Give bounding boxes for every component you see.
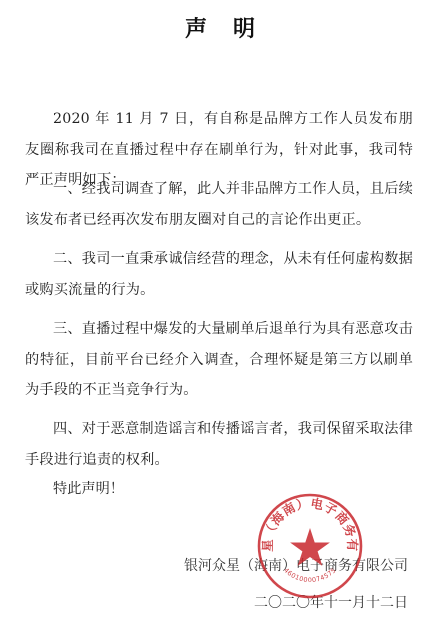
company-seal: 银河众星（海南）电子商务有限公司 4601000074575: [256, 492, 364, 600]
point-one-paragraph: 一、经我司调查了解，此人并非品牌方工作人员，且后续该发布者已经再次发布朋友圈对自…: [25, 174, 413, 235]
point-four-paragraph: 四、对于恶意制造谣言和传播谣言者，我司保留采取法律手段进行追责的权利。: [25, 414, 413, 475]
point-three-paragraph: 三、直播过程中爆发的大量刷单后退单行为具有恶意攻击的特征，目前平台已经介入调查，…: [25, 314, 413, 406]
svg-text:4601000074575: 4601000074575: [282, 566, 338, 584]
seal-graphic: 银河众星（海南）电子商务有限公司 4601000074575: [256, 492, 364, 600]
seal-number: 4601000074575: [282, 566, 338, 584]
point-two-paragraph: 二、我司一直秉承诚信经营的理念，从未有任何虚构数据或购买流量的行为。: [25, 244, 413, 305]
star-icon: [290, 528, 330, 566]
document-title: 声明: [0, 12, 440, 43]
closing-statement: 特此声明！: [53, 478, 124, 498]
